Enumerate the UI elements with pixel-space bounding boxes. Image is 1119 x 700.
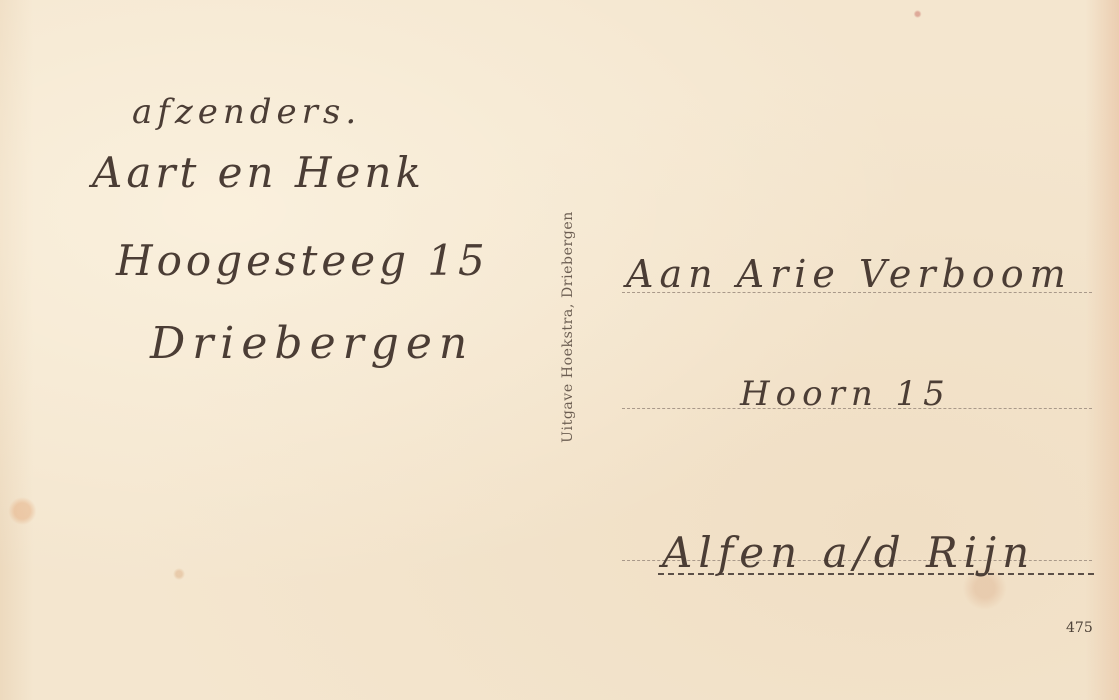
recipient-street: Hoorn 15 bbox=[740, 374, 951, 414]
recipient-city: Alfen a/d Rijn bbox=[662, 528, 1035, 577]
sender-street: Hoogesteeg 15 bbox=[116, 236, 489, 285]
sender-name: Aart en Henk bbox=[92, 148, 425, 197]
postcard-back: afzenders. Aart en Henk Hoogesteeg 15 Dr… bbox=[0, 0, 1119, 700]
recipient-name: Aan Arie Verboom bbox=[626, 252, 1072, 296]
sender-city: Driebergen bbox=[150, 318, 474, 369]
publisher-imprint: Uitgave Hoekstra, Driebergen bbox=[560, 177, 576, 477]
card-number: 475 bbox=[1066, 620, 1093, 636]
sender-label: afzenders. bbox=[132, 92, 361, 132]
